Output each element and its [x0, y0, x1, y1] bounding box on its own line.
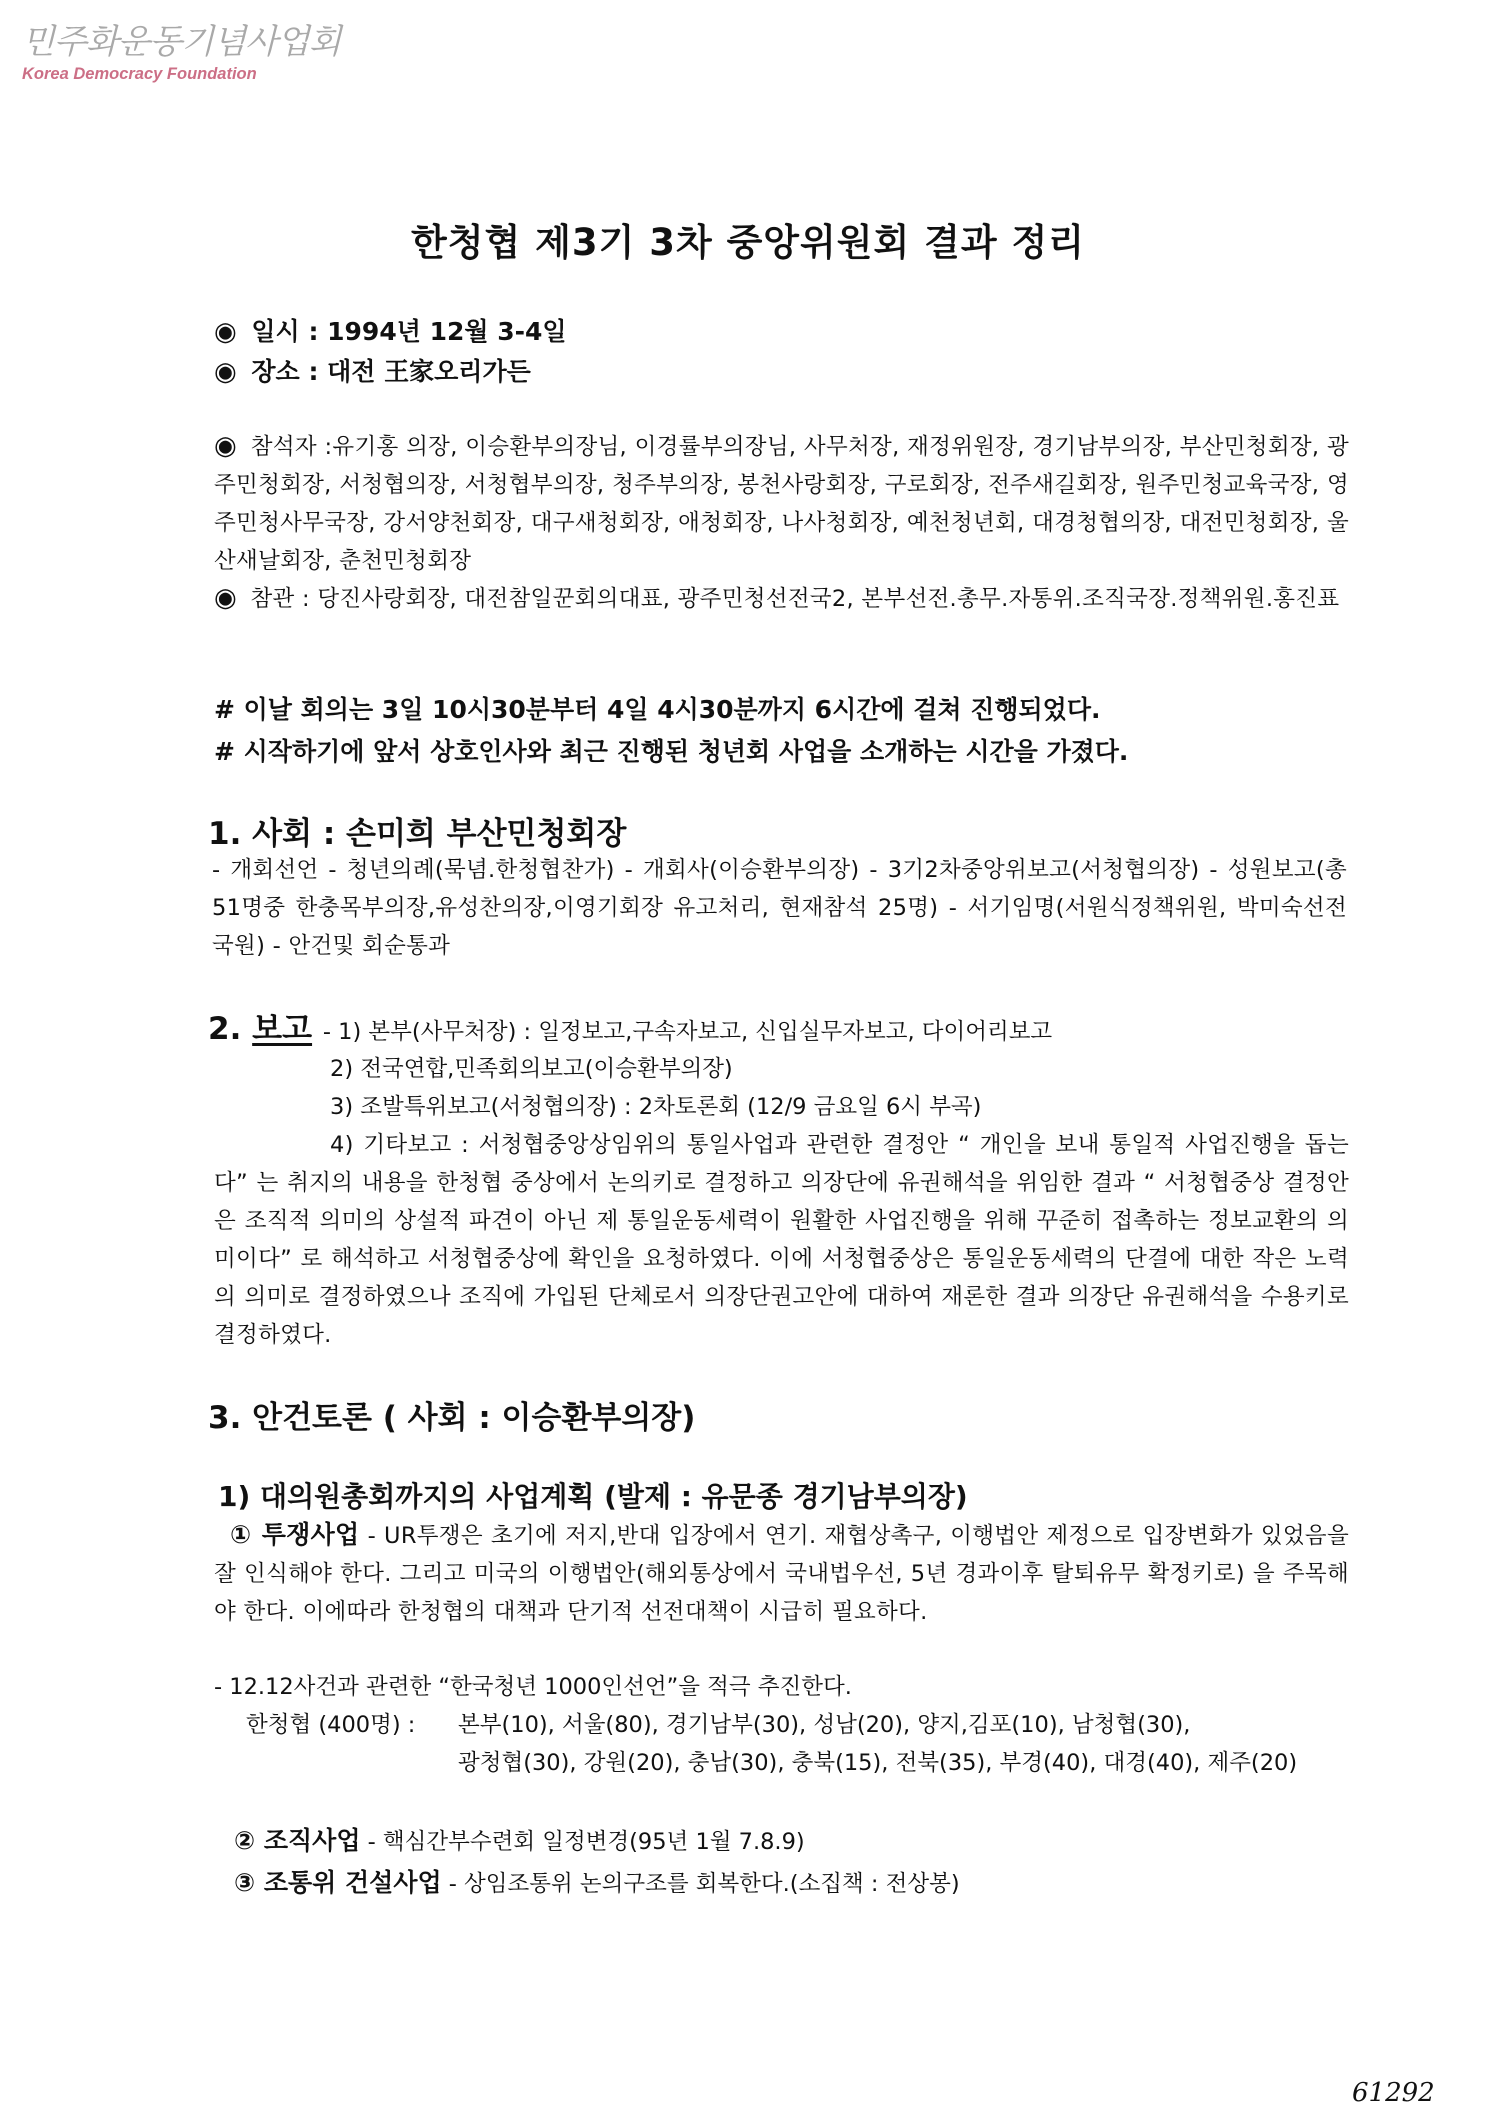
- report-item-4: 4) 기타보고 : 서청협중앙상임위의 통일사업과 관련한 결정안 “ 개인을 …: [214, 1126, 1349, 1354]
- agenda-item-organization-body: - 핵심간부수련회 일정변경(95년 1월 7.8.9): [360, 1829, 804, 1855]
- section-1-body: - 개회선언 - 청년의례(묵념.한청협찬가) - 개회사(이승환부의장) - …: [212, 851, 1347, 965]
- quota-label: 한청협 (400명) :: [246, 1706, 415, 1744]
- attendees: ◉ 참석자 :유기홍 의장, 이승환부의장님, 이경률부의장님, 사무처장, 재…: [214, 427, 1349, 580]
- observers-label: 참관: [250, 586, 294, 612]
- meeting-note-1: # 이날 회의는 3일 10시30분부터 4일 4시30분까지 6시간에 걸쳐 …: [214, 690, 1354, 730]
- place-value: 대전 王家오리가든: [327, 357, 531, 386]
- date-value: 1994년 12월 3-4일: [327, 317, 566, 346]
- section-2-heading: 2. 보고 - 1) 본부(사무처장) : 일정보고,구속자보고, 신입실무자보…: [208, 1003, 1052, 1048]
- attendees-label: 참석자: [251, 434, 317, 460]
- section-1-heading: 1. 사회 : 손미희 부산민청회장: [208, 808, 626, 853]
- quota-first-line: 본부(10), 서울(80), 경기남부(30), 성남(20), 양지,김포(…: [458, 1706, 1190, 1744]
- agenda-1-heading: 1) 대의원총회까지의 사업계획 (발제 : 유문종 경기남부의장): [218, 1475, 968, 1515]
- logo-korean-text: 민주화운동기념사업회: [22, 22, 340, 62]
- section-2-title: 보고: [252, 1011, 312, 1047]
- agenda-item-struggle-body: - UR투쟁은 초기에 저지,반대 입장에서 연기. 재협상촉구, 이행법안 제…: [214, 1523, 1349, 1625]
- report-item-3: 3) 조발특위보고(서청협의장) : 2차토론회 (12/9 금요일 6시 부곡…: [330, 1088, 981, 1126]
- meeting-note-2: # 시작하기에 앞서 상호인사와 최근 진행된 청년회 사업을 소개하는 시간을…: [214, 732, 1354, 772]
- declaration-line: - 12.12사건과 관련한 “한국청년 1000인선언”을 적극 추진한다.: [214, 1668, 852, 1706]
- bullet-icon: ◉: [214, 583, 237, 613]
- agenda-item-organization: ② 조직사업 - 핵심간부수련회 일정변경(95년 1월 7.8.9): [234, 1822, 805, 1861]
- agenda-item-struggle-title: ① 투쟁사업: [230, 1520, 360, 1549]
- agenda-item-unification: ③ 조통위 건설사업 - 상임조통위 논의구조를 회복한다.(소집책 : 전상봉…: [234, 1864, 960, 1903]
- date-label: 일시: [251, 317, 299, 346]
- section-3-heading: 3. 안건토론 ( 사회 : 이승환부의장): [208, 1392, 695, 1437]
- meeting-date: ◉ 일시 : 1994년 12월 3-4일: [214, 312, 567, 348]
- meeting-place: ◉ 장소 : 대전 王家오리가든: [214, 352, 531, 388]
- agenda-item-unification-title: ③ 조통위 건설사업: [234, 1868, 442, 1897]
- place-label: 장소: [251, 357, 299, 386]
- document-title: 한청협 제3기 3차 중앙위원회 결과 정리: [0, 212, 1496, 266]
- quota-rest: 광청협(30), 강원(20), 충남(30), 충북(15), 전북(35),…: [458, 1744, 1348, 1782]
- agenda-item-unification-body: - 상임조통위 논의구조를 회복한다.(소집책 : 전상봉): [442, 1871, 960, 1897]
- attendees-text: :유기홍 의장, 이승환부의장님, 이경률부의장님, 사무처장, 재정위원장, …: [214, 434, 1349, 574]
- foundation-logo: 민주화운동기념사업회 Korea Democracy Foundation: [22, 22, 340, 84]
- section-2-number: 2.: [208, 1011, 241, 1047]
- observers-text: : 당진사랑회장, 대전참일꾼회의대표, 광주민청선전국2, 본부선전.총무.자…: [302, 586, 1339, 612]
- bullet-icon: ◉: [214, 431, 237, 461]
- logo-english-text: Korea Democracy Foundation: [22, 64, 340, 84]
- observers: ◉ 참관 : 당진사랑회장, 대전참일꾼회의대표, 광주민청선전국2, 본부선전…: [214, 579, 1349, 618]
- report-item-1: - 1) 본부(사무처장) : 일정보고,구속자보고, 신입실무자보고, 다이어…: [323, 1019, 1052, 1045]
- agenda-item-organization-title: ② 조직사업: [234, 1826, 360, 1855]
- handwritten-page-number: 61292: [1352, 2078, 1435, 2108]
- bullet-icon: ◉: [214, 357, 237, 387]
- report-item-2: 2) 전국연합,민족회의보고(이승환부의장): [330, 1050, 733, 1088]
- agenda-item-struggle: ① 투쟁사업 - UR투쟁은 초기에 저지,반대 입장에서 연기. 재협상촉구,…: [214, 1516, 1349, 1631]
- bullet-icon: ◉: [214, 317, 237, 347]
